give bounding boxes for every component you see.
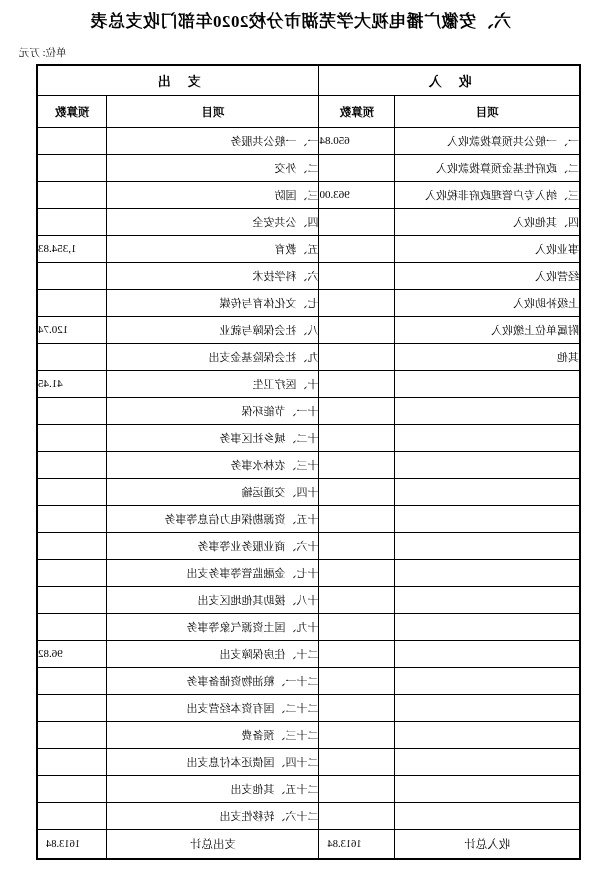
expense-item-cell: 二十、住房保障支出 — [107, 641, 319, 668]
expense-item-cell: 十、医疗卫生 — [107, 371, 319, 398]
expense-value-cell — [37, 209, 107, 236]
income-item-cell — [395, 371, 580, 398]
income-item-cell — [395, 425, 580, 452]
income-item-cell — [395, 776, 580, 803]
income-item-cell — [395, 614, 580, 641]
expense-item-cell: 二十三、预备费 — [107, 722, 319, 749]
expense-item-cell: 十四、交通运输 — [107, 479, 319, 506]
expense-item-cell: 二十一、粮油物资储备事务 — [107, 668, 319, 695]
expense-value-cell: 41.45 — [37, 371, 107, 398]
income-item-cell: 四、其他收入 — [395, 209, 580, 236]
income-value-cell — [319, 155, 395, 182]
expense-item-cell: 二十二、国有资本经营支出 — [107, 695, 319, 722]
income-item-cell — [395, 587, 580, 614]
income-item-cell: 附属单位上缴收入 — [395, 317, 580, 344]
table-row: 一、一般公共预算拨款收入650.84一、一般公共服务 — [37, 128, 580, 155]
income-value-cell — [319, 695, 395, 722]
mirrored-scan-area: 六、安徽广播电视大学芜湖市分校2020年部门收支总表 单位: 万元 收 入 支 … — [0, 7, 601, 877]
column-header-row: 项目 预算数 项目 预算数 — [37, 96, 580, 128]
table-row: 二十五、其他支出 — [37, 776, 580, 803]
expense-item-cell: 十二、城乡社区事务 — [107, 425, 319, 452]
income-value-cell — [319, 560, 395, 587]
table-row: 十四、交通运输 — [37, 479, 580, 506]
income-item-cell — [395, 560, 580, 587]
income-value-cell — [319, 506, 395, 533]
expense-value-cell — [37, 587, 107, 614]
expense-value-cell — [37, 263, 107, 290]
income-item-cell: 二、政府性基金预算拨款收入 — [395, 155, 580, 182]
expense-value-cell — [37, 803, 107, 830]
expense-value-cell: 96.82 — [37, 641, 107, 668]
income-value-cell — [319, 209, 395, 236]
table-row: 其他九、社会保险基金支出 — [37, 344, 580, 371]
expense-total-value: 1613.84 — [37, 830, 107, 860]
table-row: 十一、节能环保 — [37, 398, 580, 425]
table-row: 经营收入六、科学技术 — [37, 263, 580, 290]
budget-summary-table: 收 入 支 出 项目 预算数 项目 预算数 一、一般公共预算拨款收入650.84… — [36, 64, 581, 860]
expense-value-cell: 120.74 — [37, 317, 107, 344]
table-row: 十、医疗卫生41.45 — [37, 371, 580, 398]
table-row: 十二、城乡社区事务 — [37, 425, 580, 452]
expense-value-cell — [37, 695, 107, 722]
table-row: 四、其他收入四、公共安全 — [37, 209, 580, 236]
income-value-cell — [319, 263, 395, 290]
income-item-cell — [395, 803, 580, 830]
expense-item-cell: 二十五、其他支出 — [107, 776, 319, 803]
income-value-cell — [319, 479, 395, 506]
income-value-cell: 963.00 — [319, 182, 395, 209]
expense-item-cell: 十八、援助其他地区支出 — [107, 587, 319, 614]
income-value-cell — [319, 614, 395, 641]
expense-value-cell — [37, 479, 107, 506]
income-item-cell: 三、纳入专户管理政府非税收入 — [395, 182, 580, 209]
income-item-cell — [395, 506, 580, 533]
income-value-cell — [319, 290, 395, 317]
expense-value-cell — [37, 533, 107, 560]
income-value-cell — [319, 371, 395, 398]
expense-value-cell — [37, 425, 107, 452]
income-item-cell: 经营收入 — [395, 263, 580, 290]
income-value-cell — [319, 317, 395, 344]
table-row: 附属单位上缴收入八、社会保障与就业120.74 — [37, 317, 580, 344]
income-section-header: 收 入 — [319, 65, 580, 96]
expense-item-cell: 九、社会保险基金支出 — [107, 344, 319, 371]
income-item-cell — [395, 452, 580, 479]
expense-value-cell — [37, 560, 107, 587]
table-row: 十八、援助其他地区支出 — [37, 587, 580, 614]
table-row: 上级补助收入七、文化体育与传媒 — [37, 290, 580, 317]
income-value-cell: 650.84 — [319, 128, 395, 155]
table-row: 十九、国土资源气象等事务 — [37, 614, 580, 641]
expense-item-cell: 十三、农林水事务 — [107, 452, 319, 479]
expense-value-cell — [37, 452, 107, 479]
expense-item-cell: 六、科学技术 — [107, 263, 319, 290]
expense-item-cell: 一、一般公共服务 — [107, 128, 319, 155]
table-row: 十七、金融监管等事务支出 — [37, 560, 580, 587]
income-total-label: 收入总计 — [395, 830, 580, 860]
expense-value-cell — [37, 398, 107, 425]
table-row: 十三、农林水事务 — [37, 452, 580, 479]
income-total-value: 1613.84 — [319, 830, 395, 860]
expense-item-cell: 三、国防 — [107, 182, 319, 209]
income-item-cell — [395, 533, 580, 560]
expense-item-cell: 十七、金融监管等事务支出 — [107, 560, 319, 587]
section-header-row: 收 入 支 出 — [37, 65, 580, 96]
income-value-cell — [319, 641, 395, 668]
total-row: 收入总计 1613.84 支出总计 1613.84 — [37, 830, 580, 860]
income-value-cell — [319, 803, 395, 830]
table-row: 二十三、预备费 — [37, 722, 580, 749]
income-value-cell — [319, 749, 395, 776]
income-item-cell — [395, 668, 580, 695]
expense-total-label: 支出总计 — [107, 830, 319, 860]
income-item-cell: 一、一般公共预算拨款收入 — [395, 128, 580, 155]
expense-item-cell: 五、教育 — [107, 236, 319, 263]
income-item-cell — [395, 479, 580, 506]
expense-budget-column-header: 预算数 — [37, 96, 107, 128]
income-value-cell — [319, 668, 395, 695]
expense-item-cell: 二、外交 — [107, 155, 319, 182]
income-item-cell: 事业收入 — [395, 236, 580, 263]
page-title: 六、安徽广播电视大学芜湖市分校2020年部门收支总表 — [0, 7, 601, 32]
income-item-cell — [395, 641, 580, 668]
table-row: 三、纳入专户管理政府非税收入963.00三、国防 — [37, 182, 580, 209]
income-value-cell — [319, 722, 395, 749]
expense-item-cell: 十一、节能环保 — [107, 398, 319, 425]
expense-value-cell — [37, 506, 107, 533]
table-row: 二十、住房保障支出96.82 — [37, 641, 580, 668]
expense-value-cell — [37, 182, 107, 209]
income-item-cell — [395, 722, 580, 749]
income-value-cell — [319, 425, 395, 452]
expense-item-cell: 二十六、转移性支出 — [107, 803, 319, 830]
income-budget-column-header: 预算数 — [319, 96, 395, 128]
income-item-cell — [395, 749, 580, 776]
income-item-column-header: 项目 — [395, 96, 580, 128]
table-body: 一、一般公共预算拨款收入650.84一、一般公共服务二、政府性基金预算拨款收入二… — [37, 128, 580, 830]
expense-item-cell: 十五、资源勘探电力信息等事务 — [107, 506, 319, 533]
expense-item-cell: 七、文化体育与传媒 — [107, 290, 319, 317]
expense-value-cell — [37, 290, 107, 317]
expense-value-cell — [37, 668, 107, 695]
income-value-cell — [319, 776, 395, 803]
table-row: 十六、商业服务业等事务 — [37, 533, 580, 560]
table-row: 事业收入五、教育1,354.83 — [37, 236, 580, 263]
income-item-cell — [395, 695, 580, 722]
expense-item-cell: 二十四、国债还本付息支出 — [107, 749, 319, 776]
income-item-cell: 上级补助收入 — [395, 290, 580, 317]
expense-item-cell: 四、公共安全 — [107, 209, 319, 236]
table-row: 二十四、国债还本付息支出 — [37, 749, 580, 776]
expense-item-cell: 十六、商业服务业等事务 — [107, 533, 319, 560]
income-value-cell — [319, 236, 395, 263]
expense-value-cell — [37, 128, 107, 155]
table-row: 二、政府性基金预算拨款收入二、外交 — [37, 155, 580, 182]
table-row: 二十二、国有资本经营支出 — [37, 695, 580, 722]
expense-value-cell — [37, 155, 107, 182]
expense-value-cell — [37, 722, 107, 749]
income-value-cell — [319, 398, 395, 425]
table-row: 二十一、粮油物资储备事务 — [37, 668, 580, 695]
income-value-cell — [319, 587, 395, 614]
income-value-cell — [319, 452, 395, 479]
expense-section-header: 支 出 — [37, 65, 319, 96]
income-item-cell — [395, 398, 580, 425]
expense-value-cell — [37, 776, 107, 803]
income-item-cell: 其他 — [395, 344, 580, 371]
unit-label: 单位: 万元 — [0, 45, 601, 60]
expense-value-cell: 1,354.83 — [37, 236, 107, 263]
income-value-cell — [319, 344, 395, 371]
table-row: 十五、资源勘探电力信息等事务 — [37, 506, 580, 533]
expense-value-cell — [37, 344, 107, 371]
expense-item-cell: 八、社会保障与就业 — [107, 317, 319, 344]
expense-item-column-header: 项目 — [107, 96, 319, 128]
expense-value-cell — [37, 614, 107, 641]
expense-value-cell — [37, 749, 107, 776]
expense-item-cell: 十九、国土资源气象等事务 — [107, 614, 319, 641]
income-value-cell — [319, 533, 395, 560]
table-row: 二十六、转移性支出 — [37, 803, 580, 830]
document-page: 六、安徽广播电视大学芜湖市分校2020年部门收支总表 单位: 万元 收 入 支 … — [0, 0, 601, 877]
